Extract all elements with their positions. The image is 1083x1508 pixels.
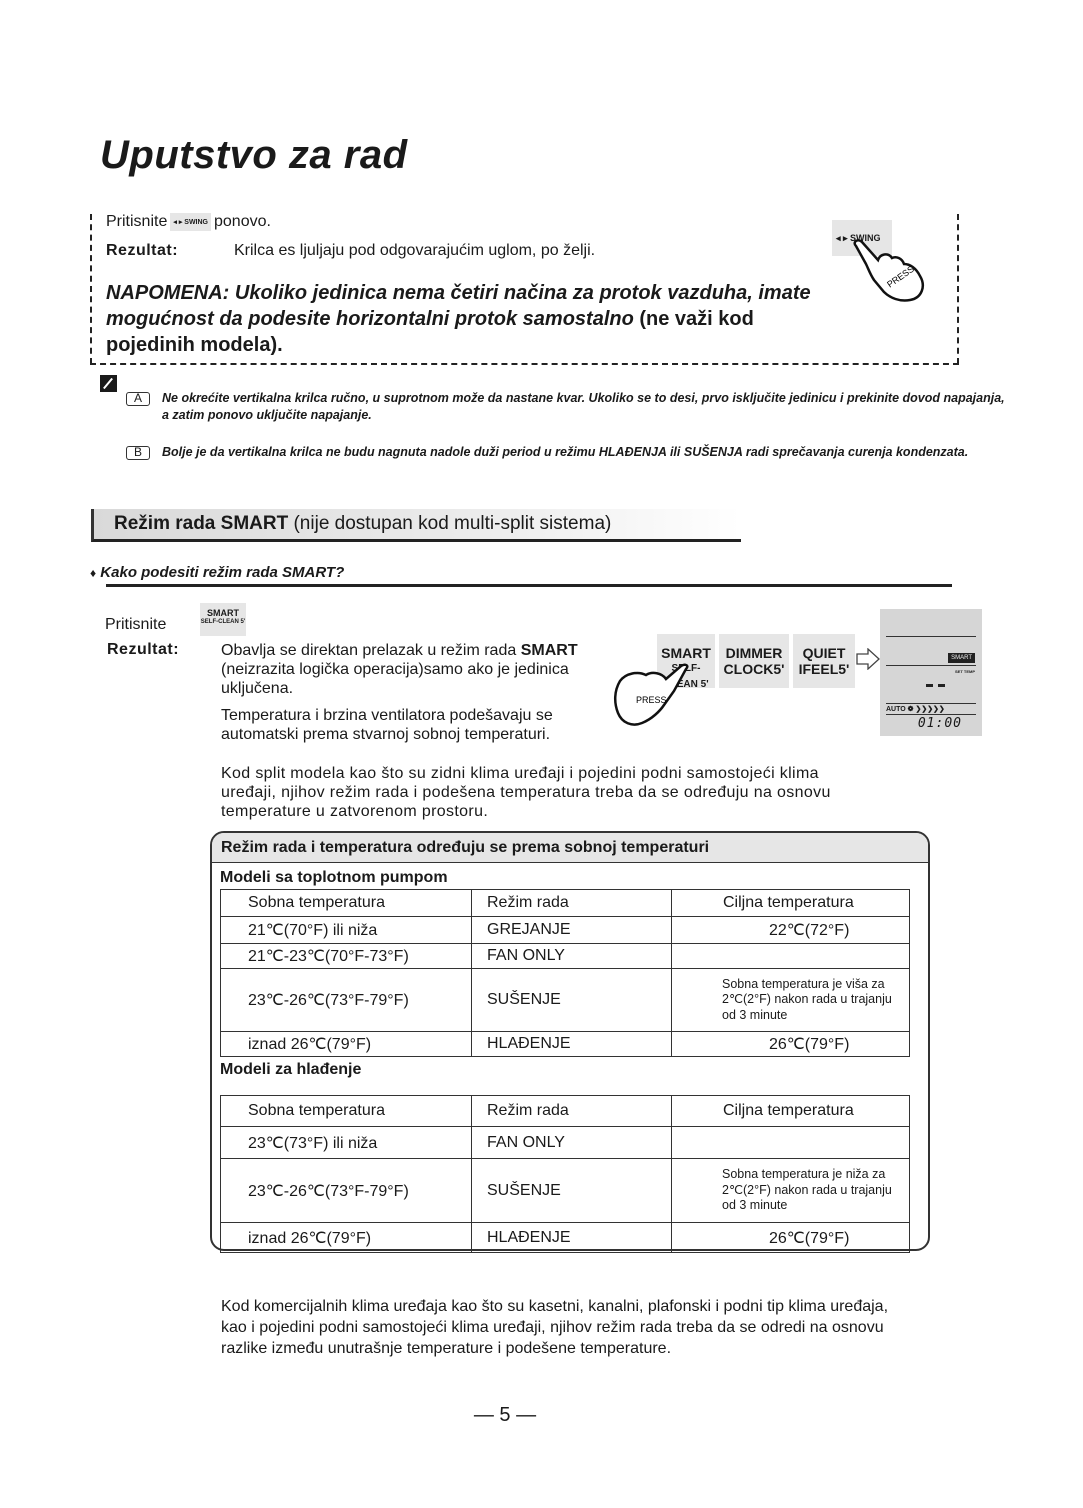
lcd-time: 01:00 [918,716,962,731]
napomena-note: NAPOMENA: Ukoliko jedinica nema četiri n… [106,280,826,358]
table-row: iznad 26℃(79°F) HLAĐENJE 26℃(79°F) [221,1223,910,1253]
cell-mode: GREJANJE [472,917,672,944]
cell-mode: SUŠENJE [472,1159,672,1223]
remote-key-dimmer: DIMMER CLOCK5' [719,634,789,688]
lcd-display: SMART SET TEMP AUTO ❁ ❯❯❯❯❯ 01:00 [880,609,982,736]
table-row: 21℃(70°F) ili niža GREJANJE 22℃(72°F) [221,917,910,944]
subheading-text: Kako podesiti režim rada SMART? [100,564,344,581]
key-bottom: CLOCK5' [719,661,789,677]
lcd-line [886,703,976,704]
table-row: 23℃-26℃(73°F-79°F) SUŠENJE Sobna tempera… [221,1159,910,1223]
subheading-underline [106,584,952,587]
cell-target-temp: 26℃(79°F) [672,1032,910,1057]
press-label: Pritisnite [105,616,166,634]
subheading: ♦ Kako podesiti režim rada SMART? [90,564,344,581]
pencil-note-icon [100,375,117,392]
cell-target-temp: 26℃(79°F) [672,1223,910,1253]
cell-mode: FAN ONLY [472,944,672,969]
note-b-text: Bolje je da vertikalna krilca ne budu na… [162,444,1012,461]
cell-room-temp: 23℃(73°F) ili niža [221,1127,472,1159]
header-cell: Sobna temperatura [221,890,472,917]
table-row: 23℃(73°F) ili niža FAN ONLY [221,1127,910,1159]
swing-press-illustration: ◂ ▸ SWING PRESS [832,220,932,305]
smart-button-line2: SELF-CLEAN 5' [200,618,246,627]
smart-button-icon: SMART SELF-CLEAN 5' [200,603,246,636]
cell-room-temp: iznad 26℃(79°F) [221,1032,472,1057]
cell-room-temp: 21℃-23℃(70°F-73°F) [221,944,472,969]
arrow-right-icon [856,648,880,670]
swing-button-icon: ◂ ▸ SWING [170,213,211,231]
cell-mode: SUŠENJE [472,969,672,1032]
pressing-hand-icon: PRESS [850,238,930,306]
result-text-2: Temperatura i brzina ventilatora podešav… [221,706,601,744]
cell-room-temp: 23℃-26℃(73°F-79°F) [221,1159,472,1223]
cell-mode: HLAĐENJE [472,1223,672,1253]
result-text-1b: (neizrazita logička operacija)samo ako j… [221,661,569,697]
lcd-set-temp-label: SET TEMP [955,669,975,674]
cell-target-temp: 22℃(72°F) [672,917,910,944]
table-header-row: Sobna temperatura Režim rada Ciljna temp… [221,890,910,917]
result-text-1a: Obavlja se direktan prelazak u režim rad… [221,642,521,659]
table-row: 23℃-26℃(73°F-79°F) SUŠENJE Sobna tempera… [221,969,910,1032]
cell-target-temp: Sobna temperatura je viša za 2℃(2°F) nak… [672,969,910,1032]
result-text-1: Obavlja se direktan prelazak u režim rad… [221,641,601,698]
lcd-line [886,636,976,637]
lcd-line [886,714,976,715]
note-letter-a: A [126,392,150,406]
note-a: A Ne okrećite vertikalna krilca ručno, u… [126,390,1006,407]
cell-mode: HLAĐENJE [472,1032,672,1057]
cell-room-temp: iznad 26℃(79°F) [221,1223,472,1253]
cell-target-temp [672,1127,910,1159]
note-letter-b: B [126,446,150,460]
cell-mode: FAN ONLY [472,1127,672,1159]
key-top: DIMMER [719,645,789,661]
header-cell: Ciljna temperatura [672,1096,910,1127]
header-cell: Ciljna temperatura [672,890,910,917]
lcd-line [886,665,976,666]
page-title: Uputstvo za rad [100,133,408,178]
diamond-bullet-icon: ♦ [90,566,96,580]
cell-room-temp: 23℃-26℃(73°F-79°F) [221,969,472,1032]
note-box-border-left [90,214,92,364]
result-text: Krilca es ljuljaju pod odgovarajućim ugl… [234,242,595,260]
result-label: Rezultat: [107,641,179,659]
section-heading-bold: Režim rada SMART [114,513,288,534]
table-row: 21℃-23℃(70°F-73°F) FAN ONLY [221,944,910,969]
press-prefix: Pritisnite [106,213,167,230]
result-text-3: Kod split modela kao što su zidni klima … [221,764,861,821]
note-b: B Bolje je da vertikalna krilca ne budu … [126,444,1006,461]
lcd-fan-indicator: AUTO ❁ ❯❯❯❯❯ [886,705,945,713]
swing-press-instruction: Pritisnite◂ ▸ SWINGponovo. [106,213,271,231]
result-label: Rezultat: [106,242,178,260]
heat-pump-table: Sobna temperatura Režim rada Ciljna temp… [220,889,910,1057]
group-title-cooling: Modeli za hlađenje [220,1061,361,1079]
result-text-1-bold: SMART [521,642,578,659]
cell-room-temp: 21℃(70°F) ili niža [221,917,472,944]
key-top: SMART [657,645,715,661]
lcd-smart-badge: SMART [948,653,975,663]
group-title-heat-pump: Modeli sa toplotnom pumpom [220,869,448,887]
remote-key-quiet: QUIET IFEEL5' [793,634,855,688]
pressing-hand-icon: PRESS [612,663,692,729]
table-header-row: Sobna temperatura Režim rada Ciljna temp… [221,1096,910,1127]
note-box-border-bottom [90,363,959,365]
page-number: — 5 — [470,1404,540,1427]
note-box-border-right [957,214,959,364]
cooling-table: Sobna temperatura Režim rada Ciljna temp… [220,1095,910,1253]
lcd-dash [926,684,933,687]
table-row: iznad 26℃(79°F) HLAĐENJE 26℃(79°F) [221,1032,910,1057]
lcd-dash [938,684,945,687]
cell-target-temp: Sobna temperatura je niža za 2℃(2°F) nak… [672,1159,910,1223]
key-bottom: IFEEL5' [793,661,855,677]
section-heading-smart: Režim rada SMART (nije dostupan kod mult… [91,509,741,542]
press-suffix: ponovo. [214,213,271,230]
mode-table-title: Režim rada i temperatura određuju se pre… [212,833,928,863]
cell-target-temp [672,944,910,969]
note-a-text: Ne okrećite vertikalna krilca ručno, u s… [162,390,1012,424]
section-heading-plain: (nije dostupan kod multi-split sistema) [288,513,611,534]
press-label: PRESS [636,695,667,705]
smart-button-line1: SMART [200,609,246,618]
header-cell: Režim rada [472,1096,672,1127]
header-cell: Sobna temperatura [221,1096,472,1127]
header-cell: Režim rada [472,890,672,917]
commercial-units-paragraph: Kod komercijalnih klima uređaja kao što … [221,1296,911,1359]
key-top: QUIET [793,645,855,661]
